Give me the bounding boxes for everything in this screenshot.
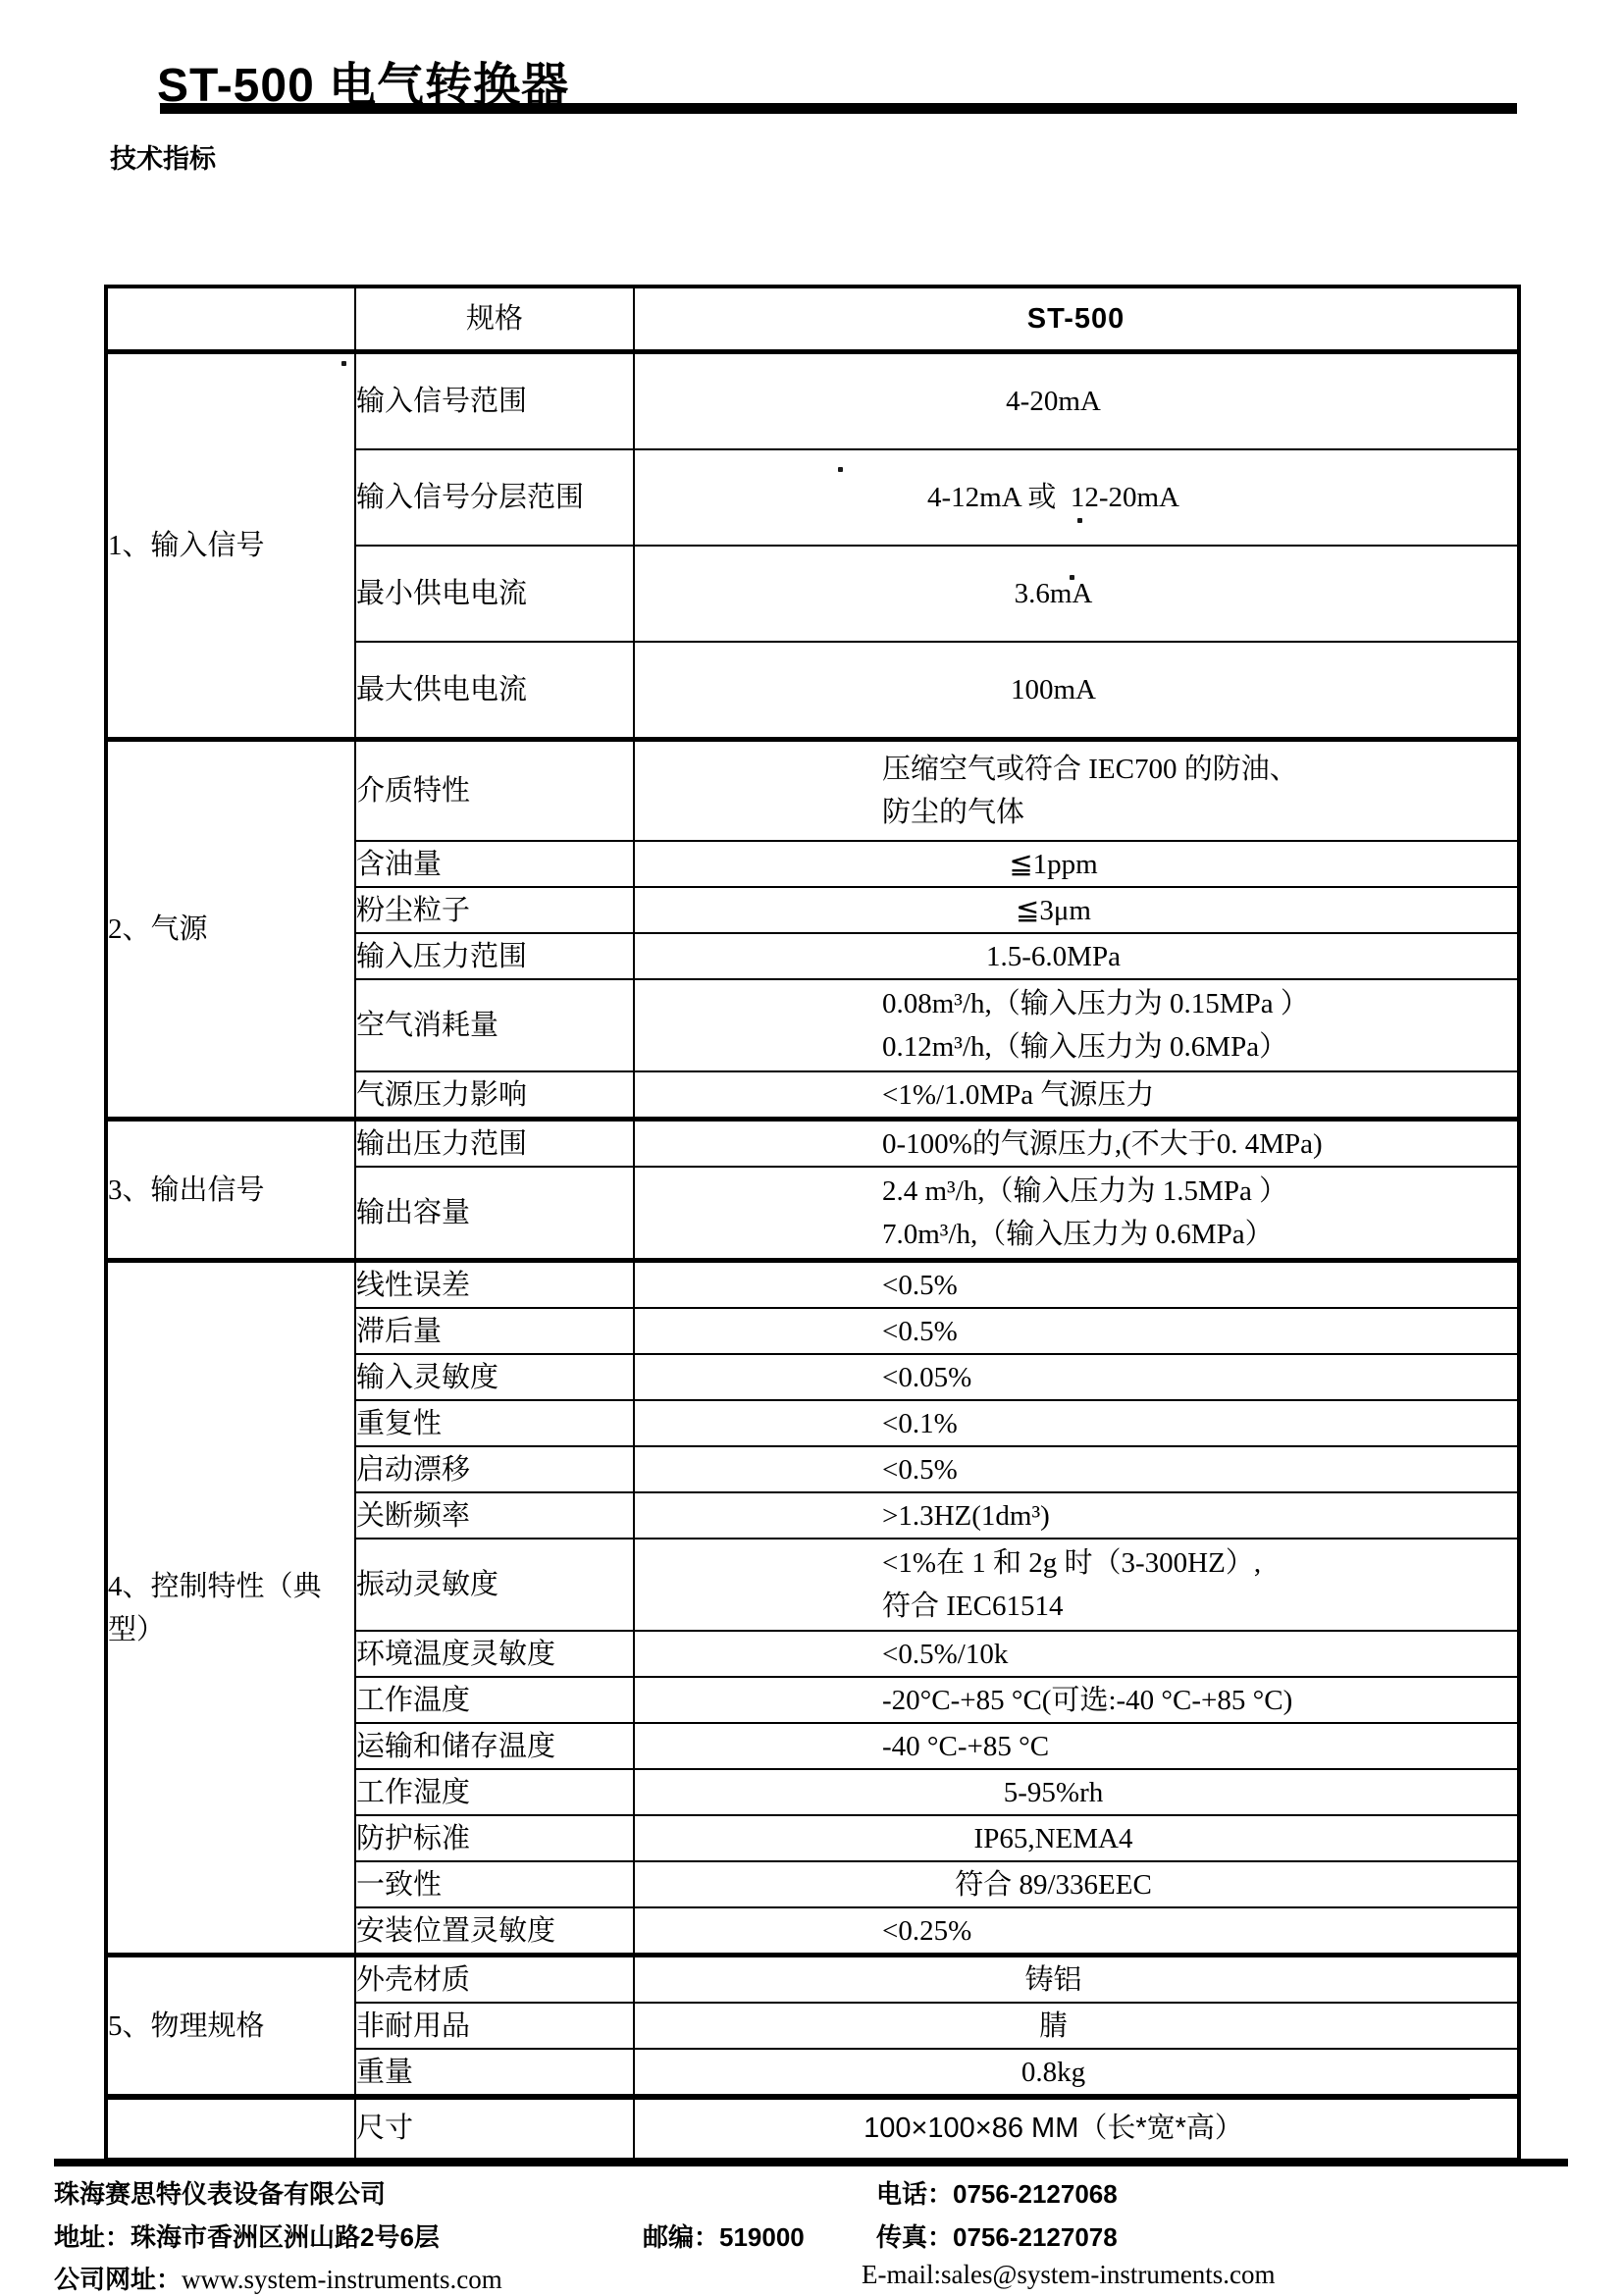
page: { "page": { "title": "ST-500 电气转换器", "he… (0, 0, 1622, 2295)
spec-value-cell: 0.8kg (634, 2049, 1519, 2097)
table-bottom-tick (104, 2088, 106, 2102)
table-header-row: 规格 ST-500 (106, 287, 1519, 352)
footer-address: 地址：珠海市香洲区洲山路2号6层 (54, 2218, 440, 2254)
spec-name-cell: 气源压力影响 (355, 1071, 634, 1120)
corner-cell (106, 287, 355, 352)
spec-name-cell: 输入压力范围 (355, 933, 634, 979)
spec-value-cell: 腈 (634, 2003, 1519, 2049)
spec-value-cell: 符合 89/336EEC (634, 1861, 1519, 1907)
section-cell: 5、物理规格 (106, 1956, 355, 2097)
section-cell: 2、气源 (106, 740, 355, 1120)
spec-value-cell: <0.5%/10k (634, 1631, 1519, 1677)
spec-value-cell: 1.5-6.0MPa (634, 933, 1519, 979)
spec-name-cell: 工作湿度 (355, 1769, 634, 1815)
scan-artifact-dot (1070, 575, 1074, 580)
spec-value-cell: <1%/1.0MPa 气源压力 (634, 1071, 1519, 1120)
spec-column-header: 规格 (355, 287, 634, 352)
spec-name-cell: 最小供电电流 (355, 546, 634, 642)
footer-website: 公司网址：www.system-instruments.com (54, 2260, 502, 2296)
spec-name-cell: 工作温度 (355, 1677, 634, 1723)
title-divider (160, 103, 1517, 114)
section-heading: 技术指标 (110, 137, 216, 176)
spec-name-cell: 振动灵敏度 (355, 1539, 634, 1631)
spec-value-cell: 压缩空气或符合 IEC700 的防油、 防尘的气体 (634, 740, 1519, 842)
spec-value-cell: 2.4 m³/h,（输入压力为 1.5MPa ） 7.0m³/h,（输入压力为 … (634, 1167, 1519, 1261)
footer-email[interactable]: E-mail:sales@system-instruments.com (862, 2260, 1276, 2290)
footer-phone: 电话：0756-2127068 (876, 2174, 1118, 2211)
table-row: 2、气源 介质特性 压缩空气或符合 IEC700 的防油、 防尘的气体 (106, 740, 1519, 842)
spec-value-cell: 0.08m³/h,（输入压力为 0.15MPa ） 0.12m³/h,（输入压力… (634, 979, 1519, 1071)
table-row: 3、输出信号 输出压力范围 0-100%的气源压力,(不大于0. 4MPa) (106, 1120, 1519, 1168)
spec-name-cell: 防护标准 (355, 1815, 634, 1861)
spec-value-cell: <1%在 1 和 2g 时（3-300HZ）, 符合 IEC61514 (634, 1539, 1519, 1631)
table-row: 5、物理规格 外壳材质 铸铝 (106, 1956, 1519, 2004)
section-cell-empty (106, 2097, 355, 2161)
spec-value-cell: 4-20mA (634, 352, 1519, 450)
spec-value-cell: IP65,NEMA4 (634, 1815, 1519, 1861)
spec-name-cell: 安装位置灵敏度 (355, 1907, 634, 1956)
spec-name-cell: 重量 (355, 2049, 634, 2097)
spec-value-cell: 4-12mA 或 12-20mA (634, 449, 1519, 546)
spec-name-cell: 滞后量 (355, 1308, 634, 1354)
spec-name-cell: 环境温度灵敏度 (355, 1631, 634, 1677)
spec-name-cell: 空气消耗量 (355, 979, 634, 1071)
spec-name-cell: 最大供电电流 (355, 642, 634, 740)
footer-website-label: 公司网址： (54, 2265, 182, 2294)
model-column-header: ST-500 (634, 287, 1519, 352)
section-cell: 4、控制特性（典型） (106, 1261, 355, 1956)
spec-name-cell: 介质特性 (355, 740, 634, 842)
section-cell: 1、输入信号 (106, 352, 355, 740)
spec-name-cell: 一致性 (355, 1861, 634, 1907)
spec-name-cell: 输出容量 (355, 1167, 634, 1261)
spec-value-cell: 100mA (634, 642, 1519, 740)
spec-name-cell: 线性误差 (355, 1261, 634, 1309)
spec-value-cell: ≦3μm (634, 887, 1519, 933)
footer-website-url[interactable]: www.system-instruments.com (182, 2265, 502, 2294)
spec-value-cell: <0.5% (634, 1261, 1519, 1309)
table-bottom-line (104, 2098, 1470, 2100)
spec-value-cell: -40 °C-+85 °C (634, 1723, 1519, 1769)
table-row: 1、输入信号 输入信号范围 4-20mA (106, 352, 1519, 450)
spec-value-cell: ≦1ppm (634, 841, 1519, 887)
spec-name-cell: 粉尘粒子 (355, 887, 634, 933)
spec-value-cell: <0.5% (634, 1446, 1519, 1492)
spec-name-cell: 启动漂移 (355, 1446, 634, 1492)
spec-name-cell: 运输和储存温度 (355, 1723, 634, 1769)
table-row: 4、控制特性（典型） 线性误差 <0.5% (106, 1261, 1519, 1309)
section-cell: 3、输出信号 (106, 1120, 355, 1261)
spec-value-cell: 100×100×86 MM（长*宽*高） (634, 2097, 1519, 2161)
spec-value-cell: >1.3HZ(1dm³) (634, 1492, 1519, 1539)
spec-value-cell: <0.5% (634, 1308, 1519, 1354)
footer-fax: 传真：0756-2127078 (876, 2218, 1118, 2254)
scan-artifact-dot (341, 361, 346, 366)
spec-name-cell: 输入信号范围 (355, 352, 634, 450)
footer-postcode: 邮编：519000 (643, 2218, 805, 2254)
spec-name-cell: 输出压力范围 (355, 1120, 634, 1168)
spec-table: 规格 ST-500 1、输入信号 输入信号范围 4-20mA 输入信号分层范围 … (104, 285, 1521, 2162)
footer-divider (54, 2159, 1568, 2166)
spec-value-cell: <0.05% (634, 1354, 1519, 1400)
table-row: 尺寸 100×100×86 MM（长*宽*高） (106, 2097, 1519, 2161)
scan-artifact-dot (1077, 518, 1082, 523)
spec-value-cell: <0.25% (634, 1907, 1519, 1956)
spec-name-cell: 输入信号分层范围 (355, 449, 634, 546)
spec-name-cell: 输入灵敏度 (355, 1354, 634, 1400)
spec-value-cell: 3.6mA (634, 546, 1519, 642)
spec-name-cell: 关断频率 (355, 1492, 634, 1539)
spec-value-cell: 铸铝 (634, 1956, 1519, 2004)
spec-name-cell: 重复性 (355, 1400, 634, 1446)
spec-name-cell: 尺寸 (355, 2097, 634, 2161)
spec-name-cell: 外壳材质 (355, 1956, 634, 2004)
spec-name-cell: 含油量 (355, 841, 634, 887)
spec-value-cell: -20°C-+85 °C(可选:-40 °C-+85 °C) (634, 1677, 1519, 1723)
scan-artifact-dot (838, 467, 843, 472)
spec-value-cell: 5-95%rh (634, 1769, 1519, 1815)
spec-value-cell: <0.1% (634, 1400, 1519, 1446)
spec-name-cell: 非耐用品 (355, 2003, 634, 2049)
footer-company: 珠海赛思特仪表设备有限公司 (54, 2174, 386, 2211)
spec-value-cell: 0-100%的气源压力,(不大于0. 4MPa) (634, 1120, 1519, 1168)
